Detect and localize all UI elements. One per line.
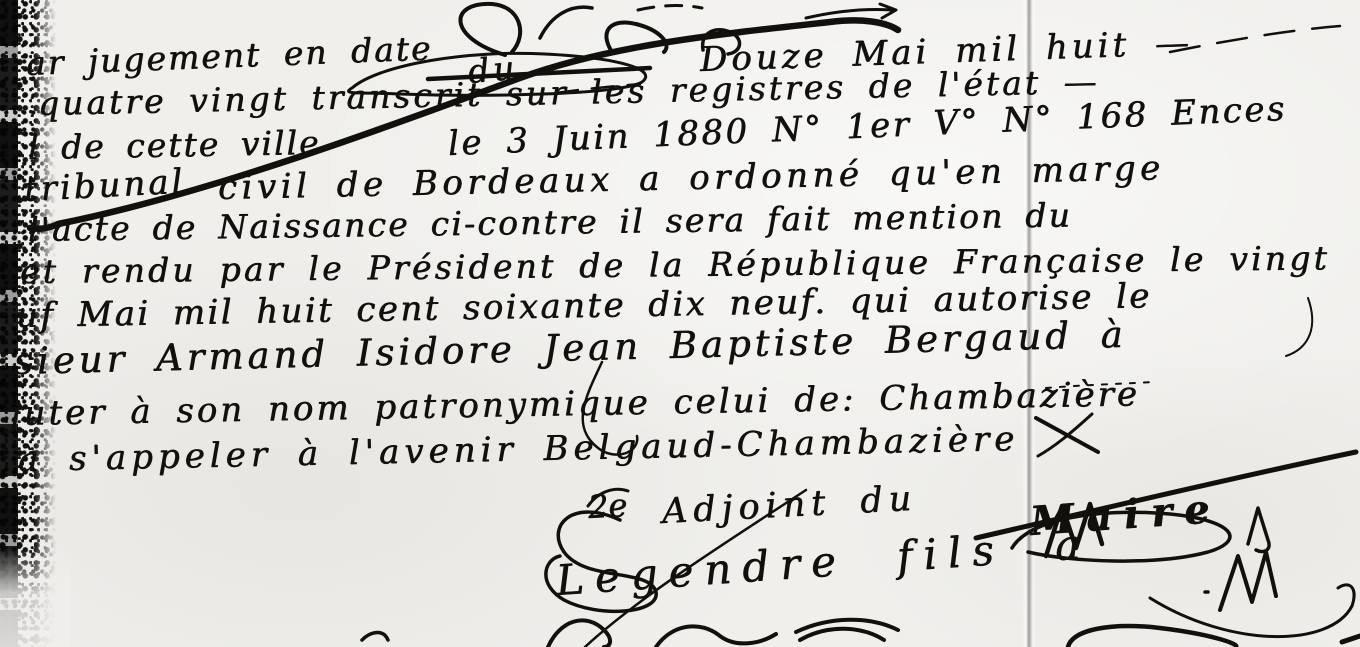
- handwritten-line-cette-ville: l de cette ville: [28, 123, 321, 167]
- bottom-signature-oval: [1068, 626, 1236, 647]
- top-dash-dot-marks: [638, 6, 702, 10]
- handwritten-signature-legendre: Legendre fils a: [554, 519, 1092, 605]
- bottom-signature-fragment-3: [656, 626, 776, 647]
- bottom-signature-fragment-1: [362, 633, 388, 641]
- top-flourish-arc: [606, 22, 666, 52]
- handwritten-adjoint-du: Adjoint du: [661, 479, 918, 532]
- vingt-descender-stroke: [1286, 298, 1312, 356]
- bottom-corner-mark: [1342, 636, 1360, 642]
- scanned-register-annotation: ar jugement en date du Douze Mai mil hui…: [0, 0, 1360, 647]
- bottom-signature-fragment-2: [548, 620, 610, 647]
- handwritten-deuxieme: 2e: [587, 486, 628, 526]
- maire-tail-mark: [1248, 508, 1269, 552]
- handwritten-line-jugement: ar jugement en date: [25, 28, 433, 83]
- chambaziere-cross-back: [1038, 414, 1092, 456]
- top-arrow-mark: [806, 4, 896, 18]
- signature-swoop-curve: [1150, 585, 1354, 637]
- scan-edge-fade: [0, 548, 70, 647]
- handwritten-line-tribunal: tribunal: [23, 162, 186, 210]
- handwritten-line-acte-naissance: l'acte de Naissance ci-contre il sera fa…: [28, 195, 1073, 249]
- top-curl-fragment: [540, 7, 592, 38]
- chambaziere-bold-cross: [1036, 418, 1098, 452]
- top-right-dashes: [1170, 26, 1340, 52]
- signature-end-bold-m: [1220, 552, 1276, 610]
- bottom-signature-fragment-4: [796, 620, 898, 640]
